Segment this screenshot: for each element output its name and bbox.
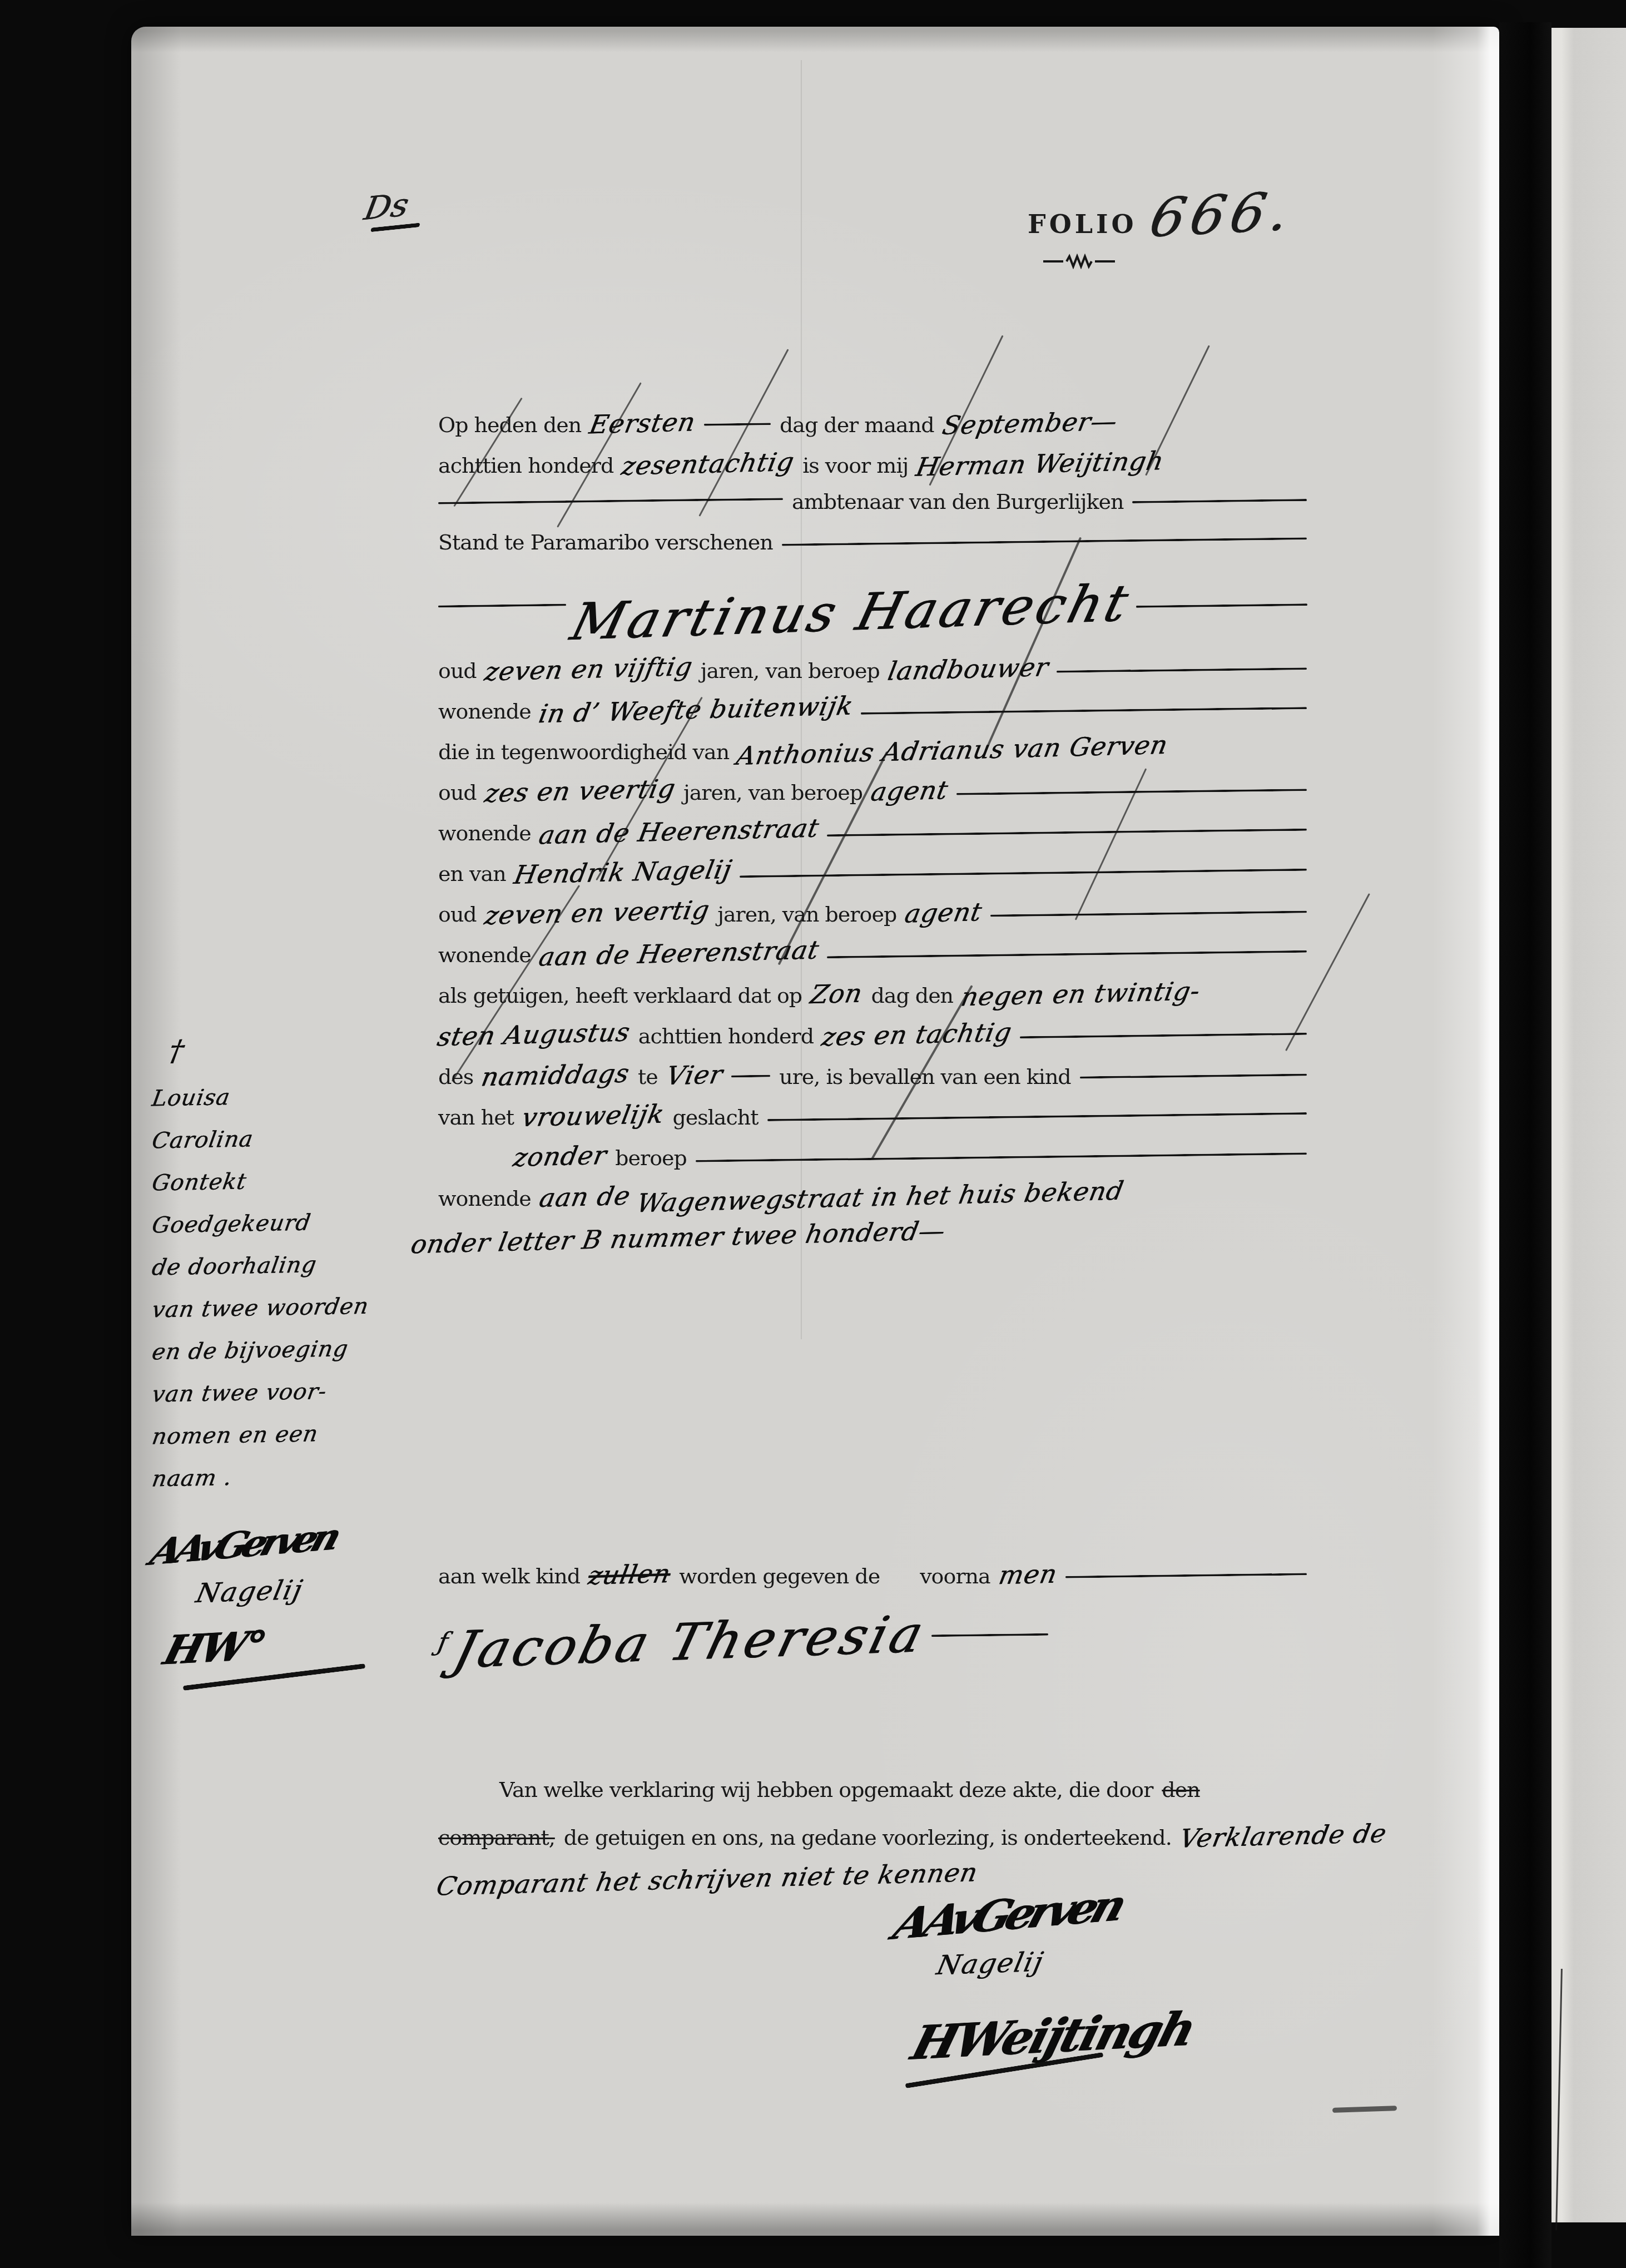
blank-rule <box>696 1152 1307 1162</box>
deed-line: als getuigen, heeft verklaard dat opZond… <box>438 979 1307 1019</box>
deed-line: die in tegenwoordigheid vanAnthonius Adr… <box>438 735 1307 776</box>
signature-nagelij: Nagelij <box>934 1947 1047 1982</box>
deed-line: Martinus Haarecht <box>438 571 1307 654</box>
text-segment: zullen <box>586 1558 673 1591</box>
text-segment: jaren, van beroep <box>701 658 880 683</box>
margin-annotation: LouisaCarolinaGontektGoedgekeurdde doorh… <box>151 1083 440 1506</box>
text-segment: den <box>1162 1777 1199 1802</box>
text-segment: is voor mij <box>802 453 908 478</box>
text-segment: en van <box>438 861 506 886</box>
text-segment: jaren, van beroep <box>683 780 862 805</box>
text-segment: geslacht <box>672 1105 758 1130</box>
deed-line: zonderberoep <box>438 1141 1307 1182</box>
text-segment: agent <box>869 775 951 807</box>
text-segment: wonende <box>438 1186 531 1211</box>
text-segment: oud <box>438 902 477 927</box>
text-segment: wonende <box>438 821 531 845</box>
blank-rule <box>1136 603 1307 608</box>
text-segment: aan de <box>537 1181 633 1213</box>
text-segment: zes en tachtig <box>819 1017 1014 1052</box>
blank-rule <box>782 537 1307 546</box>
text-segment: Hendrik Nagelij <box>512 854 735 890</box>
text-segment: Jacoba Theresia <box>448 1604 932 1680</box>
text-segment: ambtenaar van den Burgerlijken <box>792 489 1123 514</box>
text-segment: te <box>638 1064 658 1089</box>
text-segment: ƒ <box>435 1627 451 1657</box>
text-segment: van het <box>438 1105 514 1130</box>
deed-line: aan welk kindzullenworden gegeven devoor… <box>438 1559 1307 1600</box>
page-crease <box>801 60 802 1339</box>
margin-signatures: AAvGerven Nagelij HW° <box>155 1523 366 1680</box>
text-segment: Anthonius Adrianus van Gerven <box>734 730 1171 771</box>
text-segment: Verklarende de <box>1177 1818 1389 1854</box>
deed-line: wonendein d’ Weefte buitenwijk <box>438 695 1307 735</box>
blank-rule <box>990 911 1307 917</box>
clerk-paraph-mark: Ds <box>360 184 428 233</box>
paraph-text: Ds <box>361 186 411 228</box>
text-segment: voorna <box>920 1564 990 1588</box>
text-segment: agent <box>903 897 985 929</box>
blank-rule <box>931 1633 1048 1637</box>
margin-note-line: naam . <box>147 1461 444 1508</box>
text-segment: wonende <box>438 943 531 967</box>
margin-signature-van-gerven: AAvGerven <box>145 1515 341 1573</box>
deed-line: wonendeaan de Heerenstraat <box>438 816 1307 857</box>
text-segment: als getuigen, heeft verklaard dat op <box>438 983 802 1008</box>
deed-line: Stand te Paramaribo verschenen <box>438 530 1307 571</box>
text-segment: men <box>996 1559 1059 1591</box>
stray-ink-dash <box>1332 2106 1397 2113</box>
blank-rule <box>1080 1074 1307 1079</box>
blank-rule <box>827 829 1307 837</box>
deed-body: Op heden denEerstendag der maandSeptembe… <box>438 408 1307 1263</box>
text-segment: sten Augustus <box>435 1017 633 1052</box>
text-segment: oud <box>438 658 477 683</box>
deed-line: sten Augustusachttien honderdzes en tach… <box>438 1019 1307 1060</box>
margin-note-line: nomen en een <box>147 1419 444 1466</box>
text-segment: aan welk kind <box>438 1564 580 1588</box>
blank-rule <box>956 789 1307 795</box>
margin-note-line: Gontekt <box>147 1165 444 1212</box>
deed-line: comparant,de getuigen en ons, na gedane … <box>438 1821 1307 1864</box>
margin-note-line: Louisa <box>147 1081 444 1128</box>
text-segment: dag den <box>871 983 953 1008</box>
margin-note-line: Goedgekeurd <box>147 1207 444 1255</box>
margin-cross-icon: † <box>169 1034 184 1068</box>
text-segment: Wagenwegstraat in het huis bekend <box>634 1176 1127 1219</box>
margin-signature-nagelij: Nagelij <box>193 1574 306 1610</box>
deed-line: van hetvrouwelijkgeslacht <box>438 1101 1307 1141</box>
deed-line: en vanHendrik Nagelij <box>438 857 1307 898</box>
text-segment: achttien honderd <box>638 1024 814 1048</box>
deed-line: desnamiddagsteVierure, is bevallen van e… <box>438 1060 1307 1101</box>
text-segment: namiddags <box>479 1058 632 1092</box>
text-segment: Martinus Haarecht <box>565 573 1137 652</box>
blank-rule <box>1065 1573 1307 1578</box>
blank-rule <box>1057 667 1307 672</box>
deed-line: ƒJacoba Theresia <box>438 1600 1307 1683</box>
margin-note-line: van twee woorden <box>147 1292 444 1339</box>
blank-rule <box>704 423 771 425</box>
text-segment: aan de Heerenstraat <box>536 813 821 850</box>
margin-signature-registrar: HW° <box>158 1622 269 1674</box>
deed-line: wonendeaan deWagenwegstraat in het huis … <box>438 1182 1307 1222</box>
text-segment: vrouwelijk <box>519 1099 667 1133</box>
text-segment: Eersten <box>587 407 698 440</box>
deed-line: wonendeaan de Heerenstraat <box>438 938 1307 979</box>
blank-rule <box>1020 1033 1307 1038</box>
deed-line: oudzeven en vijftigjaren, van beroepland… <box>438 654 1307 695</box>
text-segment: dag der maand <box>780 413 934 437</box>
register-page: FOLIO 666. Ds † LouisaCarolinaGontektGoe… <box>131 27 1499 2236</box>
text-segment: Herman Weijtingh <box>914 445 1167 482</box>
text-segment: wonende <box>438 699 531 724</box>
blank-rule <box>438 498 783 504</box>
text-segment: worden gegeven de <box>679 1564 880 1588</box>
blank-rule <box>1132 499 1307 503</box>
text-segment: beroep <box>615 1146 687 1170</box>
blank-rule <box>827 950 1307 959</box>
deed-closing-clause: Van welke verklaring wij hebben opgemaak… <box>438 1777 1307 1908</box>
text-segment: de getuigen en ons, na gedane voorlezing… <box>564 1825 1172 1850</box>
blank-rule <box>731 1075 770 1078</box>
next-page-sliver: OP <box>1551 28 1626 2222</box>
text-segment: Vier <box>664 1059 726 1091</box>
text-segment: negen en twintig- <box>959 975 1203 1012</box>
text-segment: in d’ Weefte buitenwijk <box>536 691 855 729</box>
folio-label: FOLIO <box>1028 209 1137 239</box>
signature-block: AAvGerven Nagelij HWeijtingh <box>899 1890 1190 2073</box>
deed-line: achttien honderdzesentachtigis voor mijH… <box>438 449 1307 489</box>
text-segment: Stand te Paramaribo verschenen <box>438 530 773 554</box>
text-segment: zeven en veertig <box>482 895 712 930</box>
signature-van-gerven: AAvGerven <box>888 1880 1128 1950</box>
margin-note-line: de doorhaling <box>147 1250 444 1297</box>
deed-line: onder letter B nummer twee honderd— <box>413 1222 1307 1263</box>
text-segment: comparant, <box>438 1825 555 1850</box>
deed-line: oudzeven en veertigjaren, van beroepagen… <box>438 898 1307 938</box>
margin-note-line: en de bijvoeging <box>147 1334 444 1381</box>
deed-line: Van welke verklaring wij hebben opgemaak… <box>499 1777 1307 1821</box>
next-page-crease <box>1555 1969 1563 2230</box>
book-gutter <box>1499 22 1551 2268</box>
text-segment: zesentachtig <box>619 447 797 481</box>
blank-rule <box>438 604 566 608</box>
text-segment: Zon <box>808 978 865 1009</box>
blank-rule <box>767 1112 1307 1121</box>
blank-rule <box>861 707 1307 715</box>
text-segment: die in tegenwoordigheid van <box>438 740 729 764</box>
book-page-edges <box>6 32 131 2248</box>
text-segment: zonder <box>511 1140 609 1172</box>
flourish-divider-icon <box>1042 254 1126 271</box>
margin-note-line: van twee voor- <box>147 1376 444 1424</box>
text-segment: zeven en vijftig <box>482 651 695 687</box>
text-segment: aan de Heerenstraat <box>536 934 821 972</box>
text-segment: onder letter B nummer twee honderd— <box>408 1216 948 1260</box>
folio-header: FOLIO 666. <box>1028 184 1292 246</box>
folio-number: 666. <box>1144 180 1300 249</box>
margin-note-line: Carolina <box>147 1123 444 1170</box>
text-segment: Van welke verklaring wij hebben opgemaak… <box>499 1777 1153 1802</box>
scanned-register-photo: FOLIO 666. Ds † LouisaCarolinaGontektGoe… <box>0 0 1626 2268</box>
text-segment: oud <box>438 780 477 805</box>
deed-naming-clause: aan welk kindzullenworden gegeven devoor… <box>438 1559 1307 1683</box>
